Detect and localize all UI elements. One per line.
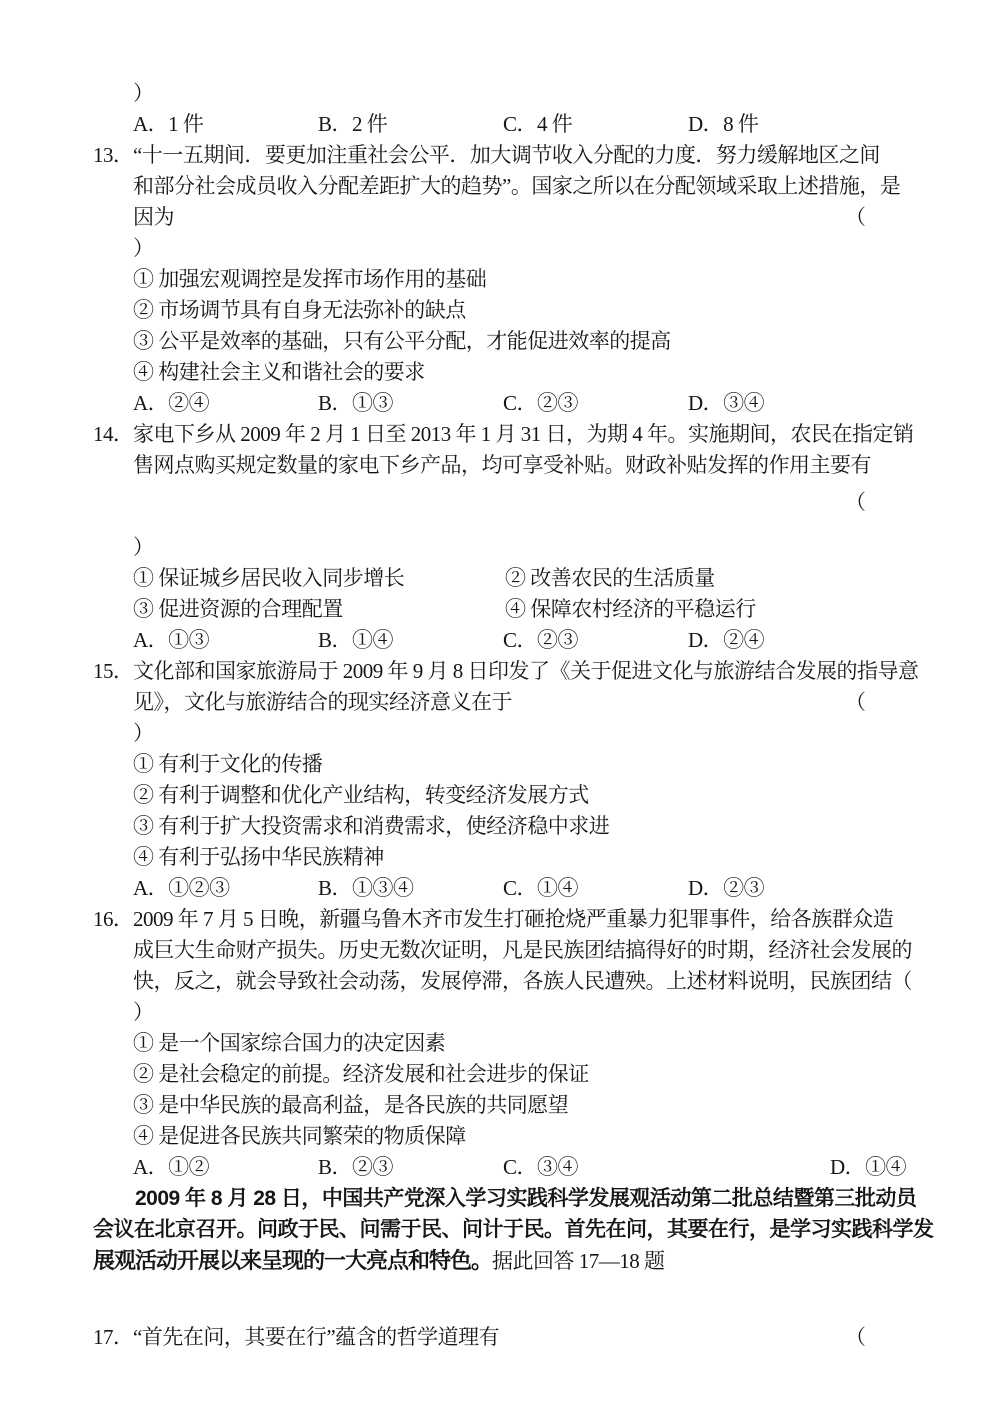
option-d: D．②③ (688, 873, 764, 904)
q14-stem-line-1: 14． 家电下乡从 2009 年 2 月 1 日至 2013 年 1 月 31 … (0, 419, 1000, 450)
option-c: C．4 件 (503, 109, 572, 140)
option-d: D．①④ (830, 1152, 906, 1183)
stem-text: 快，反之，就会导致社会动荡，发展停滞，各族人民遭殃。上述材料说明，民族团结（ (133, 966, 912, 997)
stem-text: 见》，文化与旅游结合的现实经济意义在于 (133, 687, 512, 718)
option-b: B．②③ (318, 1152, 393, 1183)
q15-close-paren-line: ） (0, 718, 1000, 749)
stem-text: 成巨大生命财产损失。历史无数次证明，凡是民族团结搞得好的时期，经济社会发展的 (133, 935, 912, 966)
question-number: 16． (93, 904, 134, 935)
option-b: B．2 件 (318, 109, 387, 140)
stem-text: 和部分社会成员收入分配差距扩大的趋势”。国家之所以在分配领域采取上述措施，是 (133, 171, 900, 202)
close-paren: ） (133, 233, 154, 264)
option-a: A．①② (133, 1152, 209, 1183)
passage-text: 2009 年 8 月 28 日，中国共产党深入学习实践科学发展观活动第二批总结暨… (135, 1183, 916, 1214)
q16-item-2: ② 是社会稳定的前提。经济发展和社会进步的保证 (0, 1059, 1000, 1090)
stem-text: 文化部和国家旅游局于 2009 年 9 月 8 日印发了《关于促进文化与旅游结合… (133, 656, 919, 687)
option-b: B．①③ (318, 388, 393, 419)
stem-text: 家电下乡从 2009 年 2 月 1 日至 2013 年 1 月 31 日，为期… (133, 419, 914, 450)
item-text: ④ 构建社会主义和谐社会的要求 (133, 357, 425, 388)
option-a: A．1 件 (133, 109, 203, 140)
q13-stem-line-3: 因为 （ (0, 202, 1000, 233)
q13-item-1: ① 加强宏观调控是发挥市场作用的基础 (0, 264, 1000, 295)
option-d: D．8 件 (688, 109, 758, 140)
q13-item-3: ③ 公平是效率的基础，只有公平分配，才能促进效率的提高 (0, 326, 1000, 357)
item-text: ③ 公平是效率的基础，只有公平分配，才能促进效率的提高 (133, 326, 671, 357)
q15-stem-line-2: 见》，文化与旅游结合的现实经济意义在于 （ (0, 687, 1000, 718)
q16-stem-line-3: 快，反之，就会导致社会动荡，发展停滞，各族人民遭殃。上述材料说明，民族团结（ (0, 966, 1000, 997)
passage-line-3: 展观活动开展以来呈现的一大亮点和特色。据此回答 17—18 题 (0, 1245, 1000, 1276)
item-text: ② 市场调节具有自身无法弥补的缺点 (133, 295, 466, 326)
option-a: A．①③ (133, 625, 209, 656)
item-text: ② 有利于调整和优化产业结构，转变经济发展方式 (133, 780, 589, 811)
q14-close-paren-line: ） (0, 532, 1000, 563)
close-paren: ） (133, 997, 154, 1028)
question-number: 15． (93, 656, 134, 687)
item-text: ④ 是促进各民族共同繁荣的物质保障 (133, 1121, 466, 1152)
item-text: ① 是一个国家综合国力的决定因素 (133, 1028, 445, 1059)
q14-options-row: A．①③ B．①④ C．②③ D．②④ (0, 625, 1000, 656)
option-d: D．③④ (688, 388, 764, 419)
q16-item-4: ④ 是促进各民族共同繁荣的物质保障 (0, 1121, 1000, 1152)
q16-item-3: ③ 是中华民族的最高利益，是各民族的共同愿望 (0, 1090, 1000, 1121)
q15-item-1: ① 有利于文化的传播 (0, 749, 1000, 780)
q14-stem-line-2: 售网点购买规定数量的家电下乡产品，均可享受补贴。财政补贴发挥的作用主要有 (0, 450, 1000, 481)
option-b: B．①③④ (318, 873, 414, 904)
item-text: ① 加强宏观调控是发挥市场作用的基础 (133, 264, 486, 295)
q13-stem-line-2: 和部分社会成员收入分配差距扩大的趋势”。国家之所以在分配领域采取上述措施，是 (0, 171, 1000, 202)
q16-stem-line-1: 16． 2009 年 7 月 5 日晚，新疆乌鲁木齐市发生打砸抢烧严重暴力犯罪事… (0, 904, 1000, 935)
item-text: ④ 有利于弘扬中华民族精神 (133, 842, 384, 873)
option-c: C．③④ (503, 1152, 578, 1183)
passage-text: 展观活动开展以来呈现的一大亮点和特色。据此回答 17—18 题 (93, 1245, 665, 1277)
q14-open-paren-line: （ (0, 487, 1000, 518)
item-text: ③ 促进资源的合理配置 (133, 594, 343, 625)
option-c: C．②③ (503, 625, 578, 656)
open-paren: （ (845, 487, 866, 518)
q16-close-paren-line: ） (0, 997, 1000, 1028)
option-c: C．②③ (503, 388, 578, 419)
close-paren: ） (133, 718, 154, 749)
open-paren: （ (845, 1322, 866, 1353)
item-text: ② 是社会稳定的前提。经济发展和社会进步的保证 (133, 1059, 589, 1090)
q16-stem-line-2: 成巨大生命财产损失。历史无数次证明，凡是民族团结搞得好的时期，经济社会发展的 (0, 935, 1000, 966)
close-paren: ） (133, 532, 154, 563)
q17-stem-line-1: 17． “首先在问，其要在行”蕴含的哲学道理有 （ (0, 1322, 1000, 1353)
stem-text: “首先在问，其要在行”蕴含的哲学道理有 (133, 1322, 499, 1353)
q13-stem-line-1: 13． “十一五期间．要更加注重社会公平．加大调节收入分配的力度．努力缓解地区之… (0, 140, 1000, 171)
q15-item-2: ② 有利于调整和优化产业结构，转变经济发展方式 (0, 780, 1000, 811)
q15-item-3: ③ 有利于扩大投资需求和消费需求，使经济稳中求进 (0, 811, 1000, 842)
close-paren: ） (133, 78, 154, 109)
passage-line-2: 会议在北京召开。问政于民、问需于民、问计于民。首先在问，其要在行，是学习实践科学… (0, 1214, 1000, 1245)
question-number: 13． (93, 140, 134, 171)
option-c: C．①④ (503, 873, 578, 904)
q14-item-row-1: ① 保证城乡居民收入同步增长 ② 改善农民的生活质量 (0, 563, 1000, 594)
item-text: ③ 是中华民族的最高利益，是各民族的共同愿望 (133, 1090, 568, 1121)
stem-text: 因为 (133, 202, 174, 233)
passage-bold-part: 展观活动开展以来呈现的一大亮点和特色。 (93, 1248, 492, 1273)
q13-item-2: ② 市场调节具有自身无法弥补的缺点 (0, 295, 1000, 326)
option-a: A．②④ (133, 388, 209, 419)
item-text: ④ 保障农村经济的平稳运行 (505, 594, 756, 625)
open-paren: （ (845, 687, 866, 718)
stem-text: 售网点购买规定数量的家电下乡产品，均可享受补贴。财政补贴发挥的作用主要有 (133, 450, 871, 481)
option-a: A．①②③ (133, 873, 230, 904)
leading-options-row: A．1 件 B．2 件 C．4 件 D．8 件 (0, 109, 1000, 140)
passage-text: 会议在北京召开。问政于民、问需于民、问计于民。首先在问，其要在行，是学习实践科学… (93, 1214, 934, 1245)
q16-options-row: A．①② B．②③ C．③④ D．①④ (0, 1152, 1000, 1183)
q14-item-row-2: ③ 促进资源的合理配置 ④ 保障农村经济的平稳运行 (0, 594, 1000, 625)
question-number: 17． (93, 1322, 134, 1353)
item-text: ② 改善农民的生活质量 (505, 563, 715, 594)
q13-item-4: ④ 构建社会主义和谐社会的要求 (0, 357, 1000, 388)
q13-close-paren-line: ） (0, 233, 1000, 264)
q15-options-row: A．①②③ B．①③④ C．①④ D．②③ (0, 873, 1000, 904)
open-paren: （ (845, 202, 866, 233)
q15-item-4: ④ 有利于弘扬中华民族精神 (0, 842, 1000, 873)
option-d: D．②④ (688, 625, 764, 656)
passage-line-1: 2009 年 8 月 28 日，中国共产党深入学习实践科学发展观活动第二批总结暨… (0, 1183, 1000, 1214)
q15-stem-line-1: 15． 文化部和国家旅游局于 2009 年 9 月 8 日印发了《关于促进文化与… (0, 656, 1000, 687)
item-text: ① 保证城乡居民收入同步增长 (133, 563, 404, 594)
item-text: ③ 有利于扩大投资需求和消费需求，使经济稳中求进 (133, 811, 609, 842)
option-b: B．①④ (318, 625, 393, 656)
exam-page: ） A．1 件 B．2 件 C．4 件 D．8 件 13． “十一五期间．要更加… (0, 0, 1000, 1412)
item-text: ① 有利于文化的传播 (133, 749, 322, 780)
q13-options-row: A．②④ B．①③ C．②③ D．③④ (0, 388, 1000, 419)
stem-text: 2009 年 7 月 5 日晚，新疆乌鲁木齐市发生打砸抢烧严重暴力犯罪事件，给各… (133, 904, 893, 935)
stem-text: “十一五期间．要更加注重社会公平．加大调节收入分配的力度．努力缓解地区之间 (133, 140, 880, 171)
passage-regular-part: 据此回答 17—18 题 (492, 1249, 665, 1273)
q16-item-1: ① 是一个国家综合国力的决定因素 (0, 1028, 1000, 1059)
question-number: 14． (93, 419, 134, 450)
leading-close-paren-line: ） (0, 78, 1000, 109)
